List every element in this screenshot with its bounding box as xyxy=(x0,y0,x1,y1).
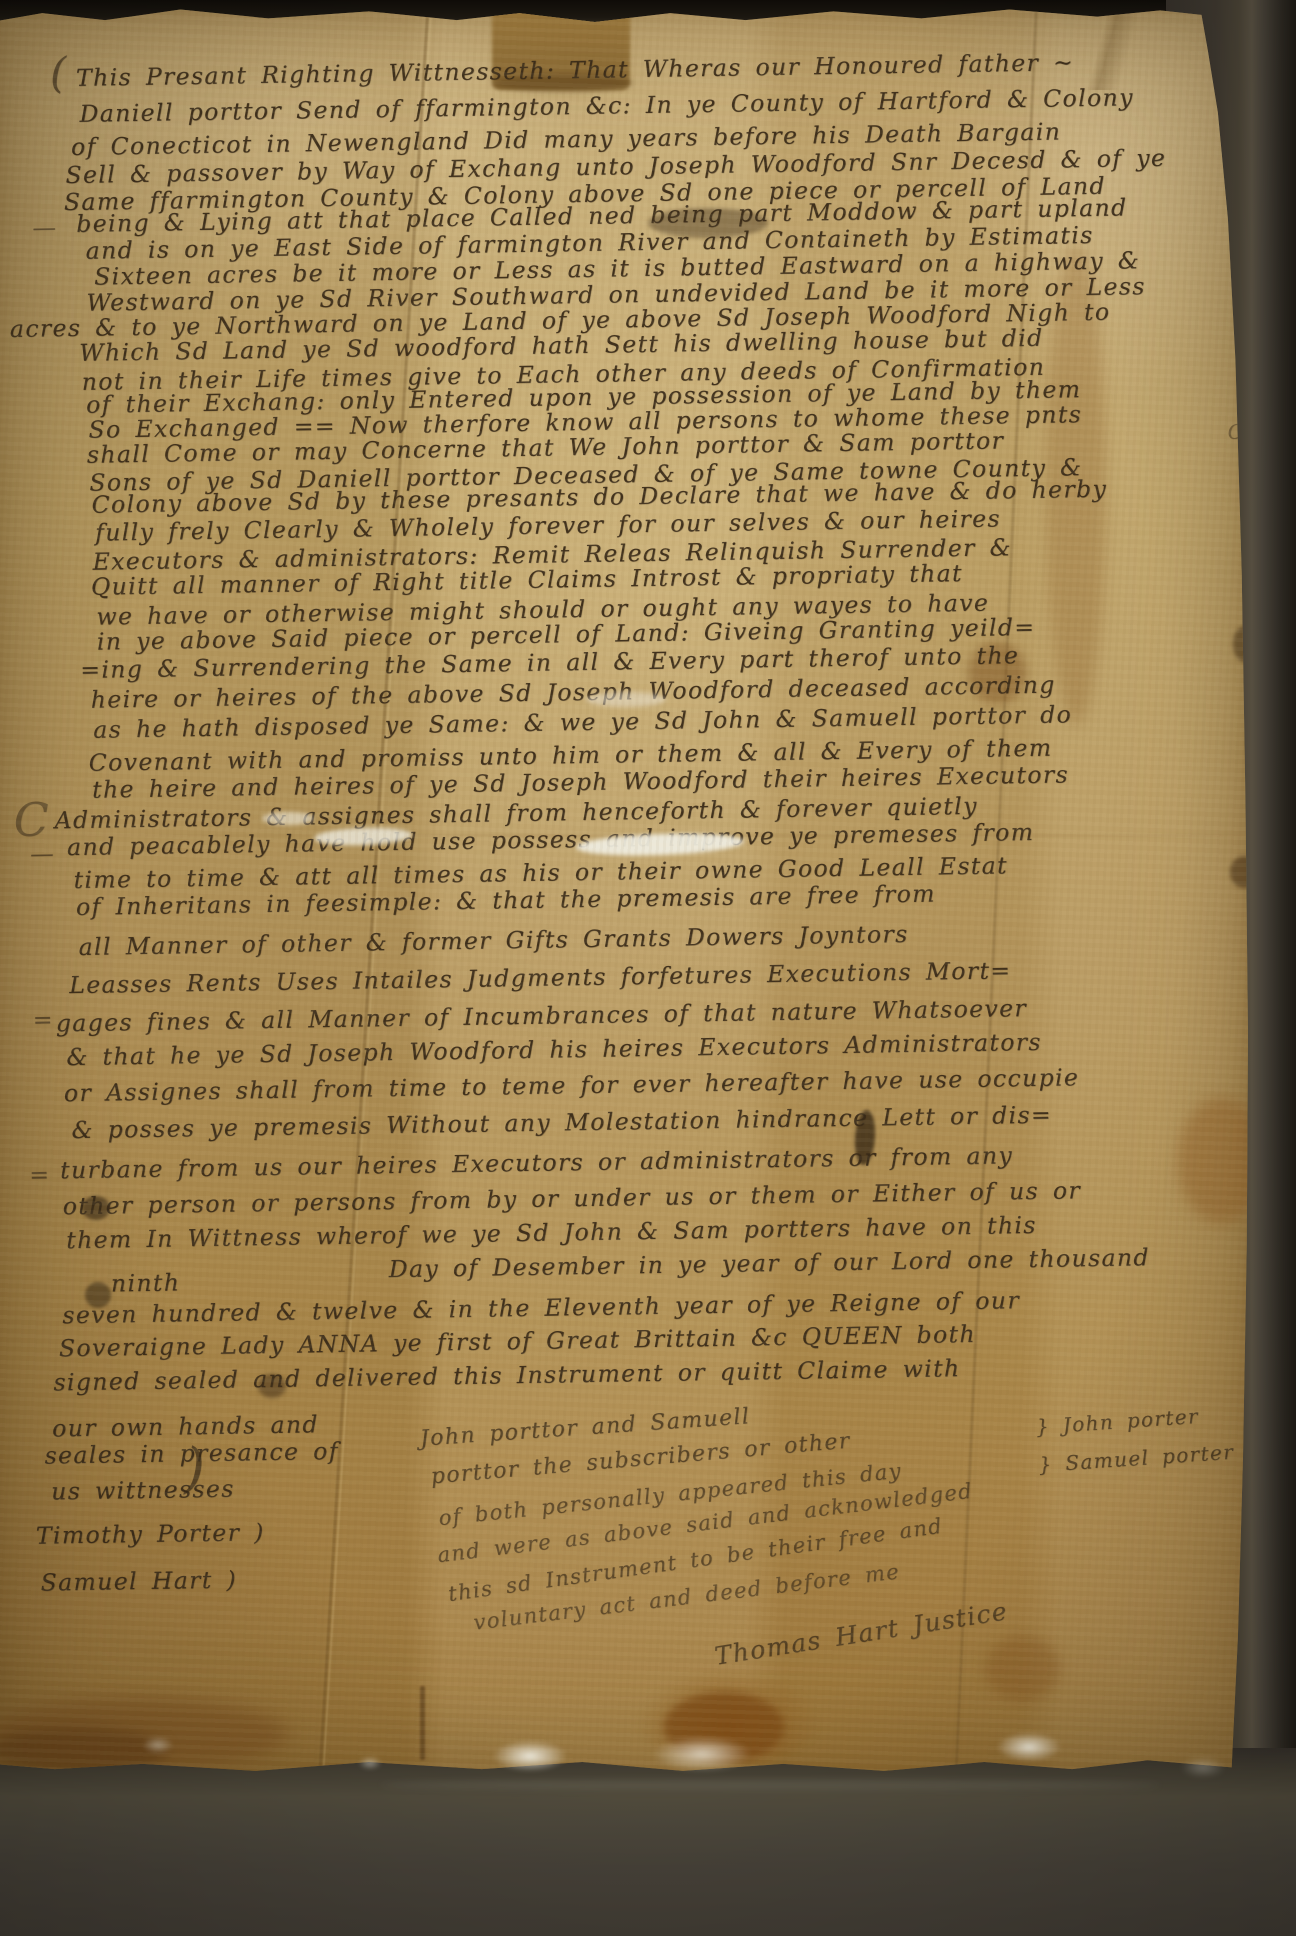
manuscript-line: Thomas Hart Justice xyxy=(713,1596,1010,1670)
manuscript-line: ) xyxy=(183,1436,206,1499)
abrasion-patch-small xyxy=(262,812,314,825)
glare-highlight-5 xyxy=(1180,1756,1226,1778)
glare-highlight-6 xyxy=(358,1756,382,1770)
manuscript-line: ( xyxy=(49,48,68,97)
glare-highlight-3 xyxy=(996,1732,1062,1762)
manuscript-line: This Presant Righting Wittnesseth: That … xyxy=(76,48,1075,92)
glare-highlight-1 xyxy=(492,1740,568,1772)
manuscript-line: } Samuel porter xyxy=(1038,1440,1235,1477)
manuscript-line: signed sealed and delivered this Instrum… xyxy=(53,1354,960,1396)
manuscript-line: Leasses Rents Uses Intailes Judgments fo… xyxy=(69,956,1012,999)
manuscript-line: or Assignes shall from time to teme for … xyxy=(64,1063,1080,1107)
manuscript-line: } John porter xyxy=(1035,1404,1200,1439)
abrasion-patch-woodford xyxy=(586,692,666,707)
case-background-bottom xyxy=(0,1748,1296,1936)
document-paper: (This Presant Righting Wittnesseth: That… xyxy=(0,6,1248,1778)
glare-band xyxy=(380,1780,1160,1790)
manuscript-line: Day of Desember in ye year of our Lord o… xyxy=(388,1243,1150,1283)
glare-highlight-2 xyxy=(652,1736,752,1772)
manuscript-text: (This Presant Righting Wittnesseth: That… xyxy=(0,0,1296,1936)
manuscript-line: turbane from us our heires Executors or … xyxy=(60,1141,1013,1184)
manuscript-line: all Manner of other & former Gifts Grant… xyxy=(78,920,908,961)
museum-photo: (This Presant Righting Wittnesseth: That… xyxy=(0,0,1296,1936)
manuscript-line: = xyxy=(29,1160,51,1188)
manuscript-line: — xyxy=(32,213,57,241)
manuscript-line: ninth xyxy=(111,1268,181,1297)
glare-highlight-4 xyxy=(142,1736,174,1754)
manuscript-line: & posses ye premesis Without any Molesta… xyxy=(71,1101,1052,1144)
manuscript-line: Samuel Hart ) xyxy=(40,1566,237,1597)
manuscript-line: us wittnesses xyxy=(51,1475,235,1506)
manuscript-line: = xyxy=(33,1005,55,1033)
manuscript-line: Timothy Porter ) xyxy=(36,1518,265,1550)
manuscript-line: — xyxy=(30,839,55,867)
